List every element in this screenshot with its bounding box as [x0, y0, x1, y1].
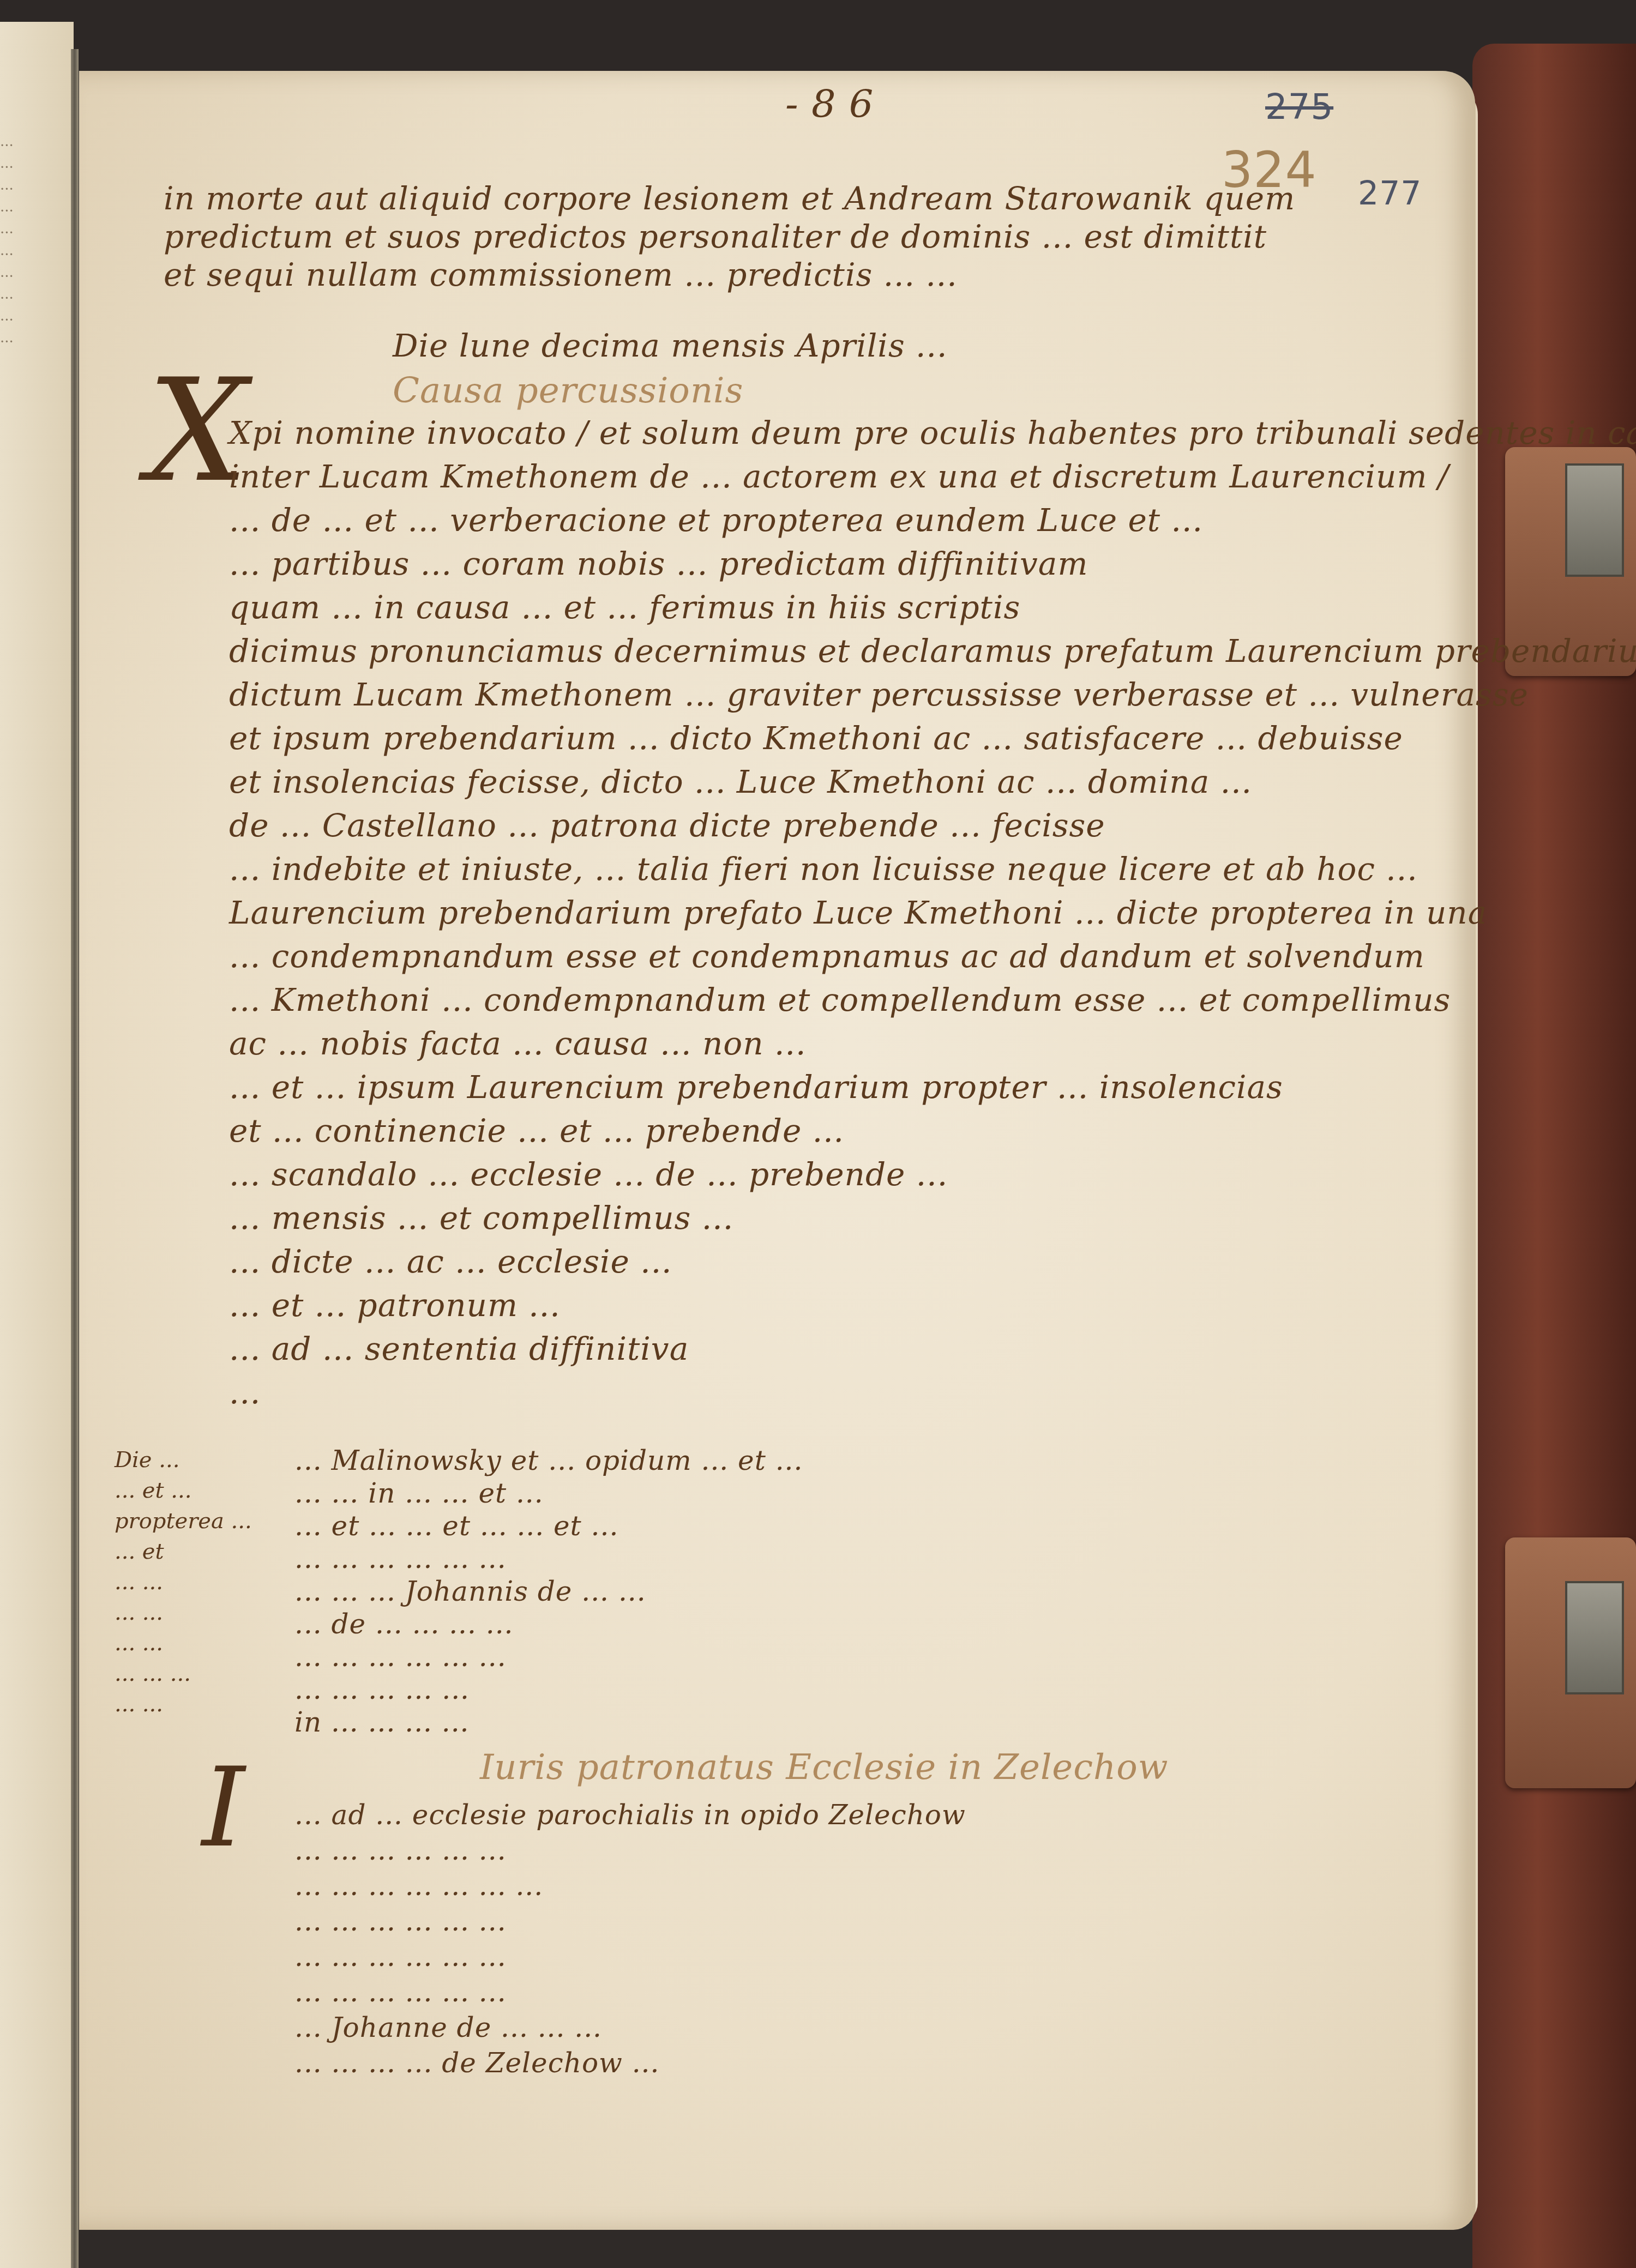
text-line: ... ... ... ... ... ... — [294, 1941, 507, 1973]
leather-binding — [1472, 44, 1636, 2268]
text-line: et ipsum prebendarium ... dicto Kmethoni… — [229, 720, 1403, 757]
lower-clasp — [1505, 1537, 1636, 1788]
text-line: ... ... ... ... ... ... — [294, 1905, 507, 1937]
text-line: ... Kmethoni ... condempnandum et compel… — [229, 981, 1451, 1018]
text-line: inter Lucam Kmethonem de ... actorem ex … — [229, 458, 1449, 495]
text-line: ... ad ... sententia diffinitiva — [229, 1330, 689, 1367]
text-line: in ... ... ... ... — [294, 1706, 470, 1738]
folio-number-struck: 275 — [1265, 87, 1333, 128]
text-line: dicimus pronunciamus decernimus et decla… — [229, 632, 1636, 669]
text-line: de ... Castellano ... patrona dicte preb… — [229, 807, 1105, 844]
text-line: ... de ... et ... verberacione et propte… — [229, 502, 1203, 539]
text-line: quam ... in causa ... et ... ferimus in … — [229, 589, 1020, 626]
margin-note-block: Die ... ... et ... propterea ... ... et … — [115, 1445, 252, 1720]
manuscript-page — [79, 71, 1475, 2230]
margin-note: ... — [0, 131, 68, 153]
margin-note: ... — [0, 240, 68, 262]
text-line: ... Malinowsky et ... opidum ... et ... — [294, 1445, 803, 1476]
text-line: ... mensis ... et compellimus ... — [229, 1199, 733, 1236]
text-line: ... de ... ... ... ... — [294, 1608, 513, 1640]
text-line: ... dicte ... ac ... ecclesie ... — [229, 1243, 672, 1280]
margin-note: ... — [0, 327, 68, 349]
margin-note-line: propterea ... — [115, 1506, 252, 1536]
text-line: ... ... ... ... ... ... — [294, 1543, 507, 1575]
margin-note-line: ... ... — [115, 1689, 252, 1720]
margin-note: ... — [0, 174, 68, 196]
text-line: ... ... ... ... de Zelechow ... — [294, 2047, 659, 2079]
text-line: ... ... ... ... ... ... — [294, 1641, 507, 1673]
text-line: ... indebite et iniuste, ... talia fieri… — [229, 850, 1418, 888]
margin-note-line: ... ... ... — [115, 1658, 252, 1689]
margin-note: ... — [0, 218, 68, 240]
clasp-metal — [1565, 463, 1624, 577]
text-line: ... ... in ... ... et ... — [294, 1477, 544, 1509]
text-line: ac ... nobis facta ... causa ... non ... — [229, 1025, 806, 1062]
section-rubric: Iuris patronatus Ecclesie in Zelechow — [480, 1747, 1169, 1788]
margin-note-line: ... ... — [115, 1567, 252, 1597]
margin-note-line: ... et ... — [115, 1475, 252, 1506]
text-line: Laurencium prebendarium prefato Luce Kme… — [229, 894, 1487, 931]
margin-note: ... — [0, 196, 68, 218]
decorated-initial: I — [202, 1745, 245, 1872]
date-line: Die lune decima mensis Aprilis ... — [393, 327, 947, 364]
text-line: ... et ... ... et ... ... et ... — [294, 1510, 618, 1542]
text-line: et insolencias fecisse, dicto ... Luce K… — [229, 763, 1252, 800]
text-line: ... scandalo ... ecclesie ... de ... pre… — [229, 1156, 948, 1193]
text-line: ... partibus ... coram nobis ... predict… — [229, 545, 1088, 582]
margin-note: ... — [0, 305, 68, 327]
text-line: in morte aut aliquid corpore lesionem et… — [164, 180, 1295, 217]
margin-note-line: ... ... — [115, 1597, 252, 1628]
margin-note: ... — [0, 283, 68, 305]
text-line: dictum Lucam Kmethonem ... graviter perc… — [229, 676, 1529, 713]
text-line: ... ... ... ... ... ... ... — [294, 1870, 543, 1902]
left-facing-page: ... ... ... ... ... ... ... ... ... ... — [0, 22, 74, 2268]
text-line: ... ... ... ... ... ... — [294, 1835, 507, 1866]
margin-note-line: ... et — [115, 1536, 252, 1567]
text-line: ... Johanne de ... ... ... — [294, 2012, 602, 2043]
text-line: Xpi nomine invocato / et solum deum pre … — [229, 414, 1636, 451]
text-line: et sequi nullam commissionem ... predict… — [164, 256, 958, 293]
margin-note-line: Die ... — [115, 1445, 252, 1475]
margin-note: ... — [0, 262, 68, 283]
text-line: ... ad ... ecclesie parochialis in opido… — [294, 1799, 966, 1831]
book-gutter — [71, 49, 79, 2268]
margin-note-line: ... ... — [115, 1628, 252, 1658]
text-line: ... condempnandum esse et condempnamus a… — [229, 938, 1425, 975]
section-rubric: Causa percussionis — [393, 371, 743, 411]
text-line: predictum et suos predictos personaliter… — [164, 218, 1267, 255]
text-line: ... ... ... ... ... — [294, 1674, 470, 1705]
margin-note: ... — [0, 153, 68, 174]
text-line: et ... continencie ... et ... prebende .… — [229, 1112, 844, 1149]
text-line: ... et ... patronum ... — [229, 1287, 561, 1324]
clasp-metal — [1565, 1581, 1624, 1694]
text-line: ... ... ... Johannis de ... ... — [294, 1576, 646, 1607]
page-mark: - 8 6 — [785, 82, 874, 126]
folio-number-pencil: 277 — [1358, 174, 1422, 213]
text-line: ... — [229, 1374, 261, 1411]
text-line: ... ... ... ... ... ... — [294, 1976, 507, 2008]
left-page-margin-notes: ... ... ... ... ... ... ... ... ... ... — [0, 131, 68, 1875]
text-line: ... et ... ipsum Laurencium prebendarium… — [229, 1069, 1283, 1106]
